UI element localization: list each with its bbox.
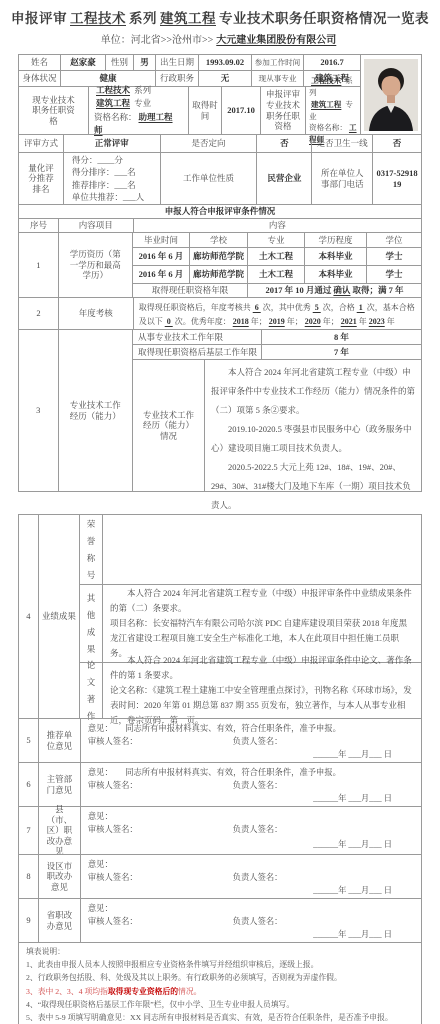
edu-record-row: 2016 年 6 月 廊坊师范学院 土木工程 本科毕业 学士: [132, 247, 421, 265]
edu-col-major: 专业: [247, 232, 304, 247]
unit-name: 大元建业集团股份有限公司: [213, 35, 339, 46]
qual-years-text: 取得；满 7 年: [352, 285, 403, 296]
edu-row-no: 1: [18, 232, 58, 297]
unit-line: 单位：河北省>>沧州市>>大元建业集团股份有限公司: [0, 31, 440, 46]
score-line: 得分：____分: [72, 154, 123, 166]
date-blank: ______年 ___月___ 日: [313, 928, 392, 941]
opinion-text: 意见：: [88, 902, 113, 915]
edu-degree-level: 本科毕业: [304, 265, 366, 283]
annual-row-label: 年度考核: [58, 297, 133, 329]
annual-seg: 次。优秀年度：: [175, 317, 231, 326]
annual-year: 2018: [231, 317, 251, 326]
targeted-value: 否: [256, 134, 311, 152]
exp-row-no: 3: [18, 329, 58, 491]
leader-sign-label: 负责人签名：: [233, 781, 283, 790]
edu-school: 廊坊师范学院: [189, 265, 247, 283]
county-office-label: 县（市、区）职改办意见: [38, 806, 80, 854]
competent-dept-opinion: 意见： 同志所有申报材料真实、有效，符合任职条件，准予申报。 审核人签名：负责人…: [80, 762, 421, 806]
unit-nature-label: 工作单位性质: [160, 152, 257, 204]
annual-seg: 年；: [251, 317, 267, 326]
city-office-opinion: 意见： 审核人签名：负责人签名： ______年 ___月___ 日: [80, 854, 421, 898]
form-title: 申报评审工程技术系列建筑工程专业技术职务任职资格情况一览表: [0, 7, 440, 27]
edu-degree: 学士: [366, 265, 421, 283]
achievements-opinions-table: 4 业绩成果 荣誉称号 其他成果 本人符合 2024 年河北省建筑工程专业（中级…: [18, 514, 422, 1024]
papers-label: 论文著作: [79, 662, 102, 718]
applicant-photo: [360, 54, 421, 134]
current-title-label: 现专业技术职务任职资格: [18, 86, 88, 134]
exp-row-label: 专业技术工作经历（能力）: [58, 329, 132, 491]
sign-line: 审核人签名：负责人签名：: [88, 735, 283, 748]
annual-seg: 年: [387, 317, 395, 326]
apply-major: 建筑工程: [309, 100, 343, 109]
sex-value: 男: [133, 54, 155, 70]
annual-pass-count: 1: [355, 303, 367, 312]
quant-score-blanks: 得分：____分 得分排序：___名 推荐排序：___名 单位共推荐：___人: [63, 152, 160, 204]
obtain-time-label: 取得时间: [188, 86, 221, 134]
annual-seg: 年；: [287, 317, 303, 326]
leader-sign-label: 负责人签名：: [233, 873, 283, 882]
edu-major: 土木工程: [247, 265, 304, 283]
annual-excellent-count: 5: [311, 303, 323, 312]
apply-title-label: 申报评审专业技术职务任职资格: [260, 86, 305, 134]
leader-sign-label: 负责人签名：: [233, 825, 283, 834]
reviewer-sign-label: 审核人签名：: [88, 825, 138, 834]
apply-qualification: 工程技术 系列 建筑工程 专业 资格名称：工程师: [305, 86, 360, 134]
recommend-rank-line: 推荐排序：___名: [72, 179, 136, 191]
achieve-row-label: 业绩成果: [38, 514, 79, 718]
qual-name-prefix: 资格名称：: [94, 112, 137, 122]
current-qualification: 工程技术 系列 建筑工程 专业 资格名称：助理工程师: [88, 86, 188, 134]
name-label: 姓名: [18, 54, 60, 70]
tech-work-years-value: 8 年: [261, 329, 421, 344]
review-mode-label: 评审方式: [18, 134, 63, 152]
note3-suffix: 情况。: [178, 987, 201, 996]
quant-score-label: 量化评分推荐排名: [18, 152, 63, 204]
edu-col-degree: 学位: [366, 232, 421, 247]
opinion-row: 9 省职改办意见 意见： 审核人签名：负责人签名： ______年 ___月__…: [18, 898, 421, 942]
competent-dept-label: 主管部门意见: [38, 762, 80, 806]
county-office-opinion: 意见： 审核人签名：负责人签名： ______年 ___月___ 日: [80, 806, 421, 854]
edu-degree-level: 本科毕业: [304, 247, 366, 265]
document-page: 申报评审工程技术系列建筑工程专业技术职务任职资格情况一览表 单位：河北省>>沧州…: [0, 7, 440, 1024]
birth-value: 1993.09.02: [198, 54, 251, 70]
content-header: 内容: [133, 218, 421, 232]
opinion-row: 6 主管部门意见 意见： 同志所有申报材料真实、有效，符合任职条件，准予申报。 …: [18, 762, 421, 806]
current-major: 建筑工程: [94, 98, 132, 108]
annual-row-no: 2: [18, 297, 58, 329]
note-item: 4、“取得现任职资格后基层工作年限”栏，仅中小学、卫生专业申报人员填写。: [26, 998, 294, 1011]
other-achievements-content: 本人符合 2024 年河北省建筑工程专业（中级）申报评审条件中业绩成果条件的第（…: [102, 584, 421, 662]
province-office-opinion: 意见： 审核人签名：负责人签名： ______年 ___月___ 日: [80, 898, 421, 942]
name-value: 赵家豪: [60, 54, 105, 70]
opinion-text: 意见：: [88, 858, 113, 871]
unit-total-line: 单位共推荐：___人: [72, 191, 144, 203]
annual-count: 6: [251, 303, 263, 312]
opinion-no: 6: [18, 762, 38, 806]
hygiene-frontline-value: 否: [372, 134, 421, 152]
qual-years-value: 2017 年 10 月通过 确认 取得；满 7 年: [247, 283, 421, 297]
exp-paragraph: 2019.10-2020.5 枣强县市民服务中心（政务服务中心）建设项目施工项目…: [211, 420, 415, 458]
achieve-row-no: 4: [18, 514, 38, 718]
qual-years-confirm: 确认: [331, 285, 352, 296]
annual-year: 2023: [367, 317, 387, 326]
title-major-underlined: 建筑工程: [157, 11, 219, 26]
edu-record-row: 2016 年 6 月 廊坊师范学院 土木工程 本科毕业 学士: [132, 265, 421, 283]
recommending-unit-label: 推荐单位意见: [38, 718, 80, 762]
join-label: 参加工作时间: [251, 54, 303, 70]
grassroots-years-value: 7 年: [261, 344, 421, 359]
recommending-unit-opinion: 意见： 同志所有申报材料真实、有效，符合任职条件，准予申报。 审核人签名：负责人…: [80, 718, 421, 762]
qual-years-label: 取得现任职资格年限: [132, 283, 247, 297]
qual-years-text: 2017 年 10 月通过: [266, 285, 332, 296]
edu-grad-time: 2016 年 6 月: [132, 247, 189, 265]
edu-major: 土木工程: [247, 247, 304, 265]
opinion-row: 8 设区市职改办意见 意见： 审核人签名：负责人签名： ______年 ___月…: [18, 854, 421, 898]
opinion-text: 意见： 同志所有申报材料真实、有效，符合任职条件，准予申报。: [88, 766, 341, 779]
papers-content: 本人符合 2024 年河北省建筑工程专业（中级）申报评审条件中论文、著作条件的第…: [102, 662, 421, 718]
opinion-no: 9: [18, 898, 38, 942]
edu-col-grad-time: 毕业时间: [132, 232, 189, 247]
grassroots-years-label: 取得现任职资格后基层工作年限: [132, 344, 261, 359]
exp-paragraph: 2020.5-2022.5 大元上苑 12#、18#、19#、20#、29#、3…: [211, 458, 415, 515]
annual-seg: 次，合格: [323, 303, 355, 312]
note-item: 1、此表由申报人员本人按照申报相应专业资格条件填写并经组织审核后，逐级上报。: [26, 958, 318, 971]
leader-sign-label: 负责人签名：: [233, 917, 283, 926]
hygiene-frontline-label: 是否卫生一线: [311, 134, 372, 152]
other-achievements-label: 其他成果: [79, 584, 102, 662]
opinion-no: 5: [18, 718, 38, 762]
province-office-label: 省职改办意见: [38, 898, 80, 942]
note-item: 5、表中 5-9 项填写明确意见：XX 同志所有申报材料是否真实、有效，是否符合…: [26, 1011, 393, 1024]
join-value: 2016.7: [303, 54, 360, 70]
leader-sign-label: 负责人签名：: [233, 737, 283, 746]
series-suffix: 系列: [132, 85, 151, 95]
sex-label: 性别: [105, 54, 133, 70]
opinion-no: 8: [18, 854, 38, 898]
admin-value: 无: [198, 70, 251, 86]
opinion-row: 7 县（市、区）职改办意见 意见： 审核人签名：负责人签名： ______年 _…: [18, 806, 421, 854]
conditions-section-title: 申报人符合申报评审条件情况: [18, 204, 421, 218]
date-blank: ______年 ___月___ 日: [313, 748, 392, 761]
annual-year: 2019: [267, 317, 287, 326]
title-part: 专业技术职务任职资格情况一览表: [219, 11, 429, 26]
reviewer-sign-label: 审核人签名：: [88, 737, 138, 746]
reviewer-sign-label: 审核人签名：: [88, 917, 138, 926]
note3-bold: 取得现专业资格后的: [108, 987, 178, 996]
health-label: 身体状况: [18, 70, 60, 86]
reviewer-sign-label: 审核人签名：: [88, 781, 138, 790]
main-info-table: 姓名 赵家豪 性别 男 出生日期 1993.09.02 参加工作时间 2016.…: [18, 54, 422, 492]
title-part: 系列: [129, 11, 157, 26]
annual-seg: 次，其中优秀: [263, 303, 311, 312]
hr-phone-value: 0317-5291819: [372, 152, 421, 204]
birth-label: 出生日期: [155, 54, 198, 70]
annual-seg: 年: [359, 317, 367, 326]
edu-degree: 学士: [366, 247, 421, 265]
note-item: 2、行政职务包括股、科、处级及其以上职务。有行政职务的必须填写，否则视为弄虚作假…: [26, 971, 342, 984]
current-series: 工程技术: [94, 85, 132, 95]
sign-line: 审核人签名：负责人签名：: [88, 871, 283, 884]
date-blank: ______年 ___月___ 日: [313, 838, 392, 851]
unit-nature-value: 民营企业: [256, 152, 311, 204]
unit-prefix: 单位：河北省>>沧州市>>: [101, 35, 214, 46]
honor-title-label: 荣誉称号: [79, 514, 102, 584]
sign-line: 审核人签名：负责人签名：: [88, 915, 283, 928]
major-suffix: 专业: [132, 98, 151, 108]
reviewer-sign-label: 审核人签名：: [88, 873, 138, 882]
qual-name-prefix: 资格名称：: [309, 123, 347, 132]
admin-label: 行政职务: [155, 70, 198, 86]
exp-detail-text: 本人符合 2024 年河北省建筑工程专业（中级）申报评审条件中专业技术工作经历（…: [204, 359, 421, 491]
opinion-text: 意见：: [88, 810, 113, 823]
opinion-row: 5 推荐单位意见 意见： 同志所有申报材料真实、有效，符合任职条件，准予申报。 …: [18, 718, 421, 762]
edu-row-label: 学历资历（第一学历和最高学历）: [58, 232, 132, 297]
papers-p1: 本人符合 2024 年河北省建筑工程专业（中级）申报评审条件中论文、著作条件的第…: [110, 653, 414, 683]
city-office-label: 设区市职改办意见: [38, 854, 80, 898]
exp-paragraph: 本人符合 2024 年河北省建筑工程专业（中级）申报评审条件中专业技术工作经历（…: [211, 363, 415, 420]
title-series-underlined: 工程技术: [67, 11, 129, 26]
honor-title-content: [102, 514, 421, 584]
apply-series: 工程技术: [309, 76, 343, 85]
obtain-time-value: 2017.10: [221, 86, 260, 134]
sign-line: 审核人签名：负责人签名：: [88, 823, 283, 836]
notes-title: 填表说明：: [26, 945, 65, 958]
form-notes: 填表说明： 1、此表由申报人员本人按照申报相应专业资格条件填写并经组织审核后，逐…: [18, 942, 421, 1024]
other-achievements-p1: 本人符合 2024 年河北省建筑工程专业（中级）申报评审条件中业绩成果条件的第（…: [110, 586, 414, 616]
annual-below-count: 0: [163, 317, 175, 326]
edu-col-school: 学校: [189, 232, 247, 247]
exp-detail-label: 专业技术工作经历（能力）情况: [132, 359, 204, 491]
targeted-label: 是否定向: [160, 134, 257, 152]
note-item-highlighted: 3、表中 2、3、4 项均指取得现专业资格后的情况。: [26, 985, 201, 998]
review-mode-value: 正常评审: [63, 134, 160, 152]
edu-col-degree-level: 学历程度: [304, 232, 366, 247]
title-part: 申报评审: [11, 11, 67, 26]
hr-phone-label: 所在单位人事部门电话: [311, 152, 372, 204]
edu-school: 廊坊师范学院: [189, 247, 247, 265]
date-blank: ______年 ___月___ 日: [313, 884, 392, 897]
annual-assessment-text: 取得现任职资格后，年度考核共 6 次，其中优秀 5 次，合格 1 次，基本合格及…: [133, 297, 421, 329]
annual-year: 2021: [339, 317, 359, 326]
no-header: 序号: [18, 218, 58, 232]
annual-year: 2020: [303, 317, 323, 326]
date-blank: ______年 ___月___ 日: [313, 792, 392, 805]
note3-prefix: 3、表中 2、3、4 项均指: [26, 987, 108, 996]
opinion-text: 意见： 同志所有申报材料真实、有效，符合任职条件，准予申报。: [88, 722, 341, 735]
annual-seg: 取得现任职资格后，年度考核共: [139, 303, 251, 312]
tech-work-years-label: 从事专业技术工作年限: [132, 329, 261, 344]
profession-label: 现从事专业: [251, 70, 303, 86]
opinion-no: 7: [18, 806, 38, 854]
item-header: 内容项目: [58, 218, 133, 232]
edu-grad-time: 2016 年 6 月: [132, 265, 189, 283]
score-rank-line: 得分排序：___名: [72, 166, 136, 178]
sign-line: 审核人签名：负责人签名：: [88, 779, 283, 792]
annual-seg: 年；: [323, 317, 339, 326]
